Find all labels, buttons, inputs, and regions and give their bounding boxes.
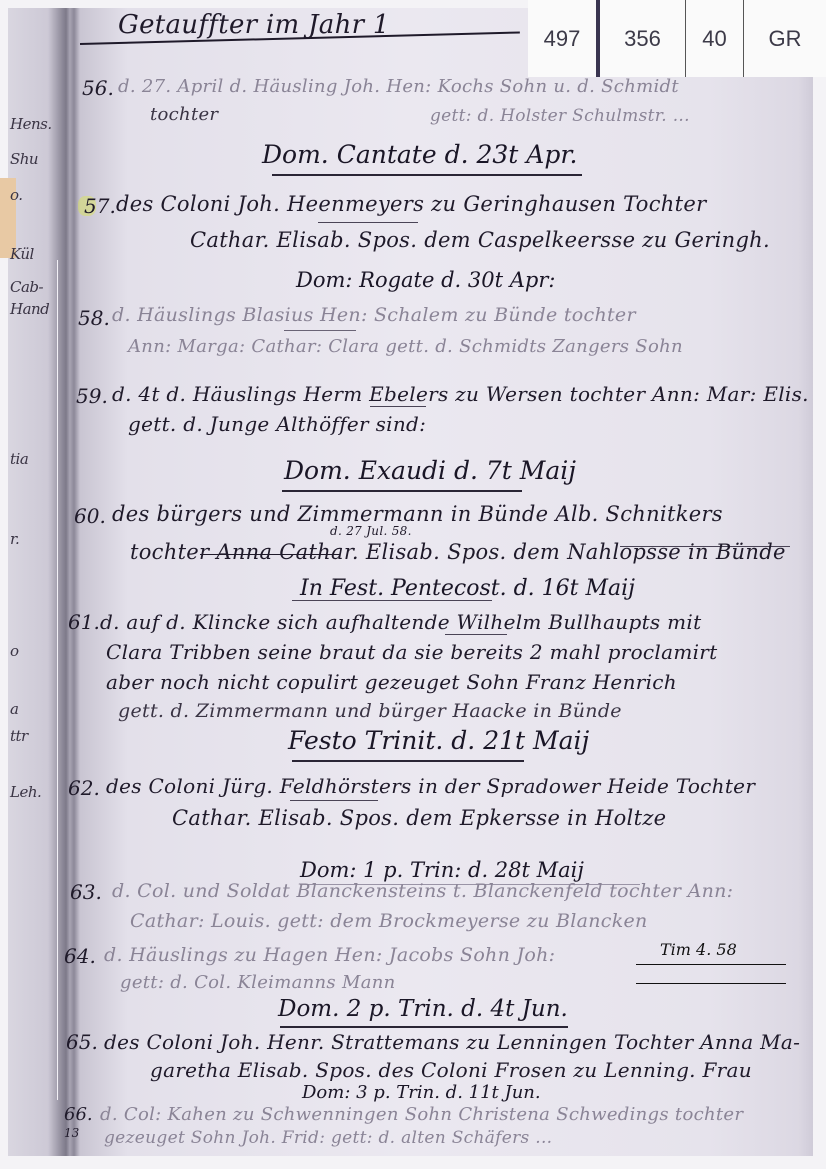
section-heading-2-post-trinitatis: Dom. 2 p. Trin. d. 4t Jun.	[278, 996, 568, 1022]
entry-57-line-2: Cathar. Elisab. Spos. dem Caspelkeersse …	[190, 228, 770, 252]
entry-number-66: 66.	[64, 1104, 93, 1125]
section-heading-cantate: Dom. Cantate d. 23t Apr.	[262, 140, 577, 169]
entry-65-line-2: garetha Elisab. Spos. des Coloni Frosen …	[150, 1058, 752, 1082]
binding-crease	[57, 260, 58, 1100]
entry-60-line-1: des bürgers und Zimmermann in Bünde Alb.…	[112, 502, 723, 526]
heading-underline	[292, 760, 524, 762]
entry-64-line-1: d. Häuslings zu Hagen Hen: Jacobs Sohn J…	[104, 944, 555, 966]
label-cell-item-number: 40	[686, 0, 744, 77]
entry-66-side-number: 13	[64, 1126, 79, 1140]
entry-62-line-2: Cathar. Elisab. Spos. dem Epkersse in Ho…	[172, 806, 666, 830]
section-heading-pentecost: In Fest. Pentecost. d. 16t Maij	[300, 576, 635, 601]
margin-note-fragment: ttr	[10, 727, 28, 745]
entry-58-line-2: Ann: Marga: Cathar: Clara gett. d. Schmi…	[128, 336, 683, 357]
section-heading-1-post-trinitatis: Dom: 1 p. Trin: d. 28t Maij	[300, 858, 584, 882]
annotation-rule	[636, 983, 786, 984]
margin-annotation: Tim 4. 58	[660, 940, 737, 959]
margin-note-fragment: Cab-	[10, 278, 43, 296]
margin-note-fragment: Hand	[10, 300, 49, 318]
entry-60-line-2: tochter Anna Cathar. Elisab. Spos. dem N…	[130, 540, 786, 564]
entry-number-64: 64.	[64, 944, 96, 968]
heading-underline	[272, 174, 582, 176]
entry-number-58: 58.	[78, 306, 110, 330]
margin-note-fragment: Kül	[10, 245, 34, 263]
entry-number-57: 57.	[84, 194, 116, 218]
entry-56-line-1: d. 27. April d. Häusling Joh. Hen: Kochs…	[118, 76, 679, 97]
entry-number-61: 61.	[68, 610, 100, 634]
annotation-rule	[636, 964, 786, 965]
entry-61-line-2: Clara Tribben seine braut da sie bereits…	[106, 640, 718, 664]
entry-56-line-2: tochter	[150, 104, 218, 125]
entry-66-line-2: gezeuget Sohn Joh. Frid: gett: d. alten …	[104, 1128, 552, 1148]
section-heading-exaudi: Dom. Exaudi d. 7t Maij	[284, 456, 576, 485]
strikethrough	[200, 554, 340, 555]
margin-note-fragment: tia	[10, 450, 28, 468]
heading-underline	[282, 490, 522, 492]
entry-63-line-1: d. Col. und Soldat Blanckensteins t. Bla…	[112, 880, 733, 902]
name-underline	[290, 800, 378, 801]
margin-note-fragment: o	[10, 642, 19, 660]
left-page-edge	[8, 8, 70, 1156]
entry-59-line-2: gett. d. Junge Althöffer sind:	[128, 412, 426, 436]
entry-62-line-1: des Coloni Jürg. Feldhörsters in der Spr…	[106, 774, 755, 798]
entry-57-line-1: des Coloni Joh. Heenmeyers zu Geringhaus…	[116, 192, 706, 216]
entry-number-56: 56.	[82, 76, 114, 100]
label-cell-film-number: 497	[528, 0, 600, 77]
entry-59-line-1: d. 4t d. Häuslings Herm Ebelers zu Werse…	[112, 382, 809, 406]
entry-66-line-1: d. Col: Kahen zu Schwenningen Sohn Chris…	[100, 1104, 743, 1125]
entry-61-line-4: gett. d. Zimmermann und bürger Haacke in…	[118, 700, 622, 722]
section-heading-rogate: Dom: Rogate d. 30t Apr:	[296, 268, 555, 292]
margin-note-fragment: a	[10, 700, 18, 718]
entry-number-62: 62.	[68, 776, 100, 800]
name-underline	[318, 222, 418, 223]
entry-number-59: 59.	[76, 384, 108, 408]
name-underline	[370, 406, 426, 407]
entry-58-line-1: d. Häuslings Blasius Hen: Schalem zu Bün…	[112, 304, 636, 326]
name-underline	[445, 634, 507, 635]
margin-note-fragment: r.	[10, 530, 19, 548]
entry-61-line-3: aber noch nicht copulirt gezeuget Sohn F…	[106, 670, 677, 694]
entry-61-line-1: d. auf d. Klincke sich aufhaltende Wilhe…	[100, 610, 701, 634]
entry-56-line-3: gett: d. Holster Schulmstr. ...	[430, 106, 690, 126]
heading-underline	[292, 600, 492, 601]
margin-note-fragment: o.	[10, 186, 23, 204]
heading-underline	[280, 1026, 568, 1028]
archive-label-box: 497 356 40 GR	[528, 0, 826, 77]
entry-number-63: 63.	[70, 880, 102, 904]
margin-note-fragment: Hens.	[10, 115, 52, 133]
section-heading-trinitatis: Festo Trinit. d. 21t Maij	[288, 726, 589, 755]
entry-65-line-1: des Coloni Joh. Henr. Strattemans zu Len…	[104, 1030, 800, 1054]
entry-63-line-2: Cathar: Louis. gett: dem Brockmeyerse zu…	[130, 910, 648, 932]
margin-note-fragment: Shu	[10, 150, 38, 168]
label-cell-page-number: 356	[600, 0, 686, 77]
section-heading-3-post-trinitatis: Dom: 3 p. Trin. d. 11t Jun.	[302, 1082, 541, 1103]
entry-60-insertion: d. 27 Jul. 58.	[330, 524, 412, 538]
entry-number-60: 60.	[74, 504, 106, 528]
margin-note-fragment: Leh.	[10, 783, 41, 801]
entry-64-line-2: gett: d. Col. Kleimanns Mann	[120, 972, 396, 993]
entry-number-65: 65.	[66, 1030, 98, 1054]
name-underline	[284, 330, 356, 331]
label-cell-code: GR	[744, 0, 826, 77]
